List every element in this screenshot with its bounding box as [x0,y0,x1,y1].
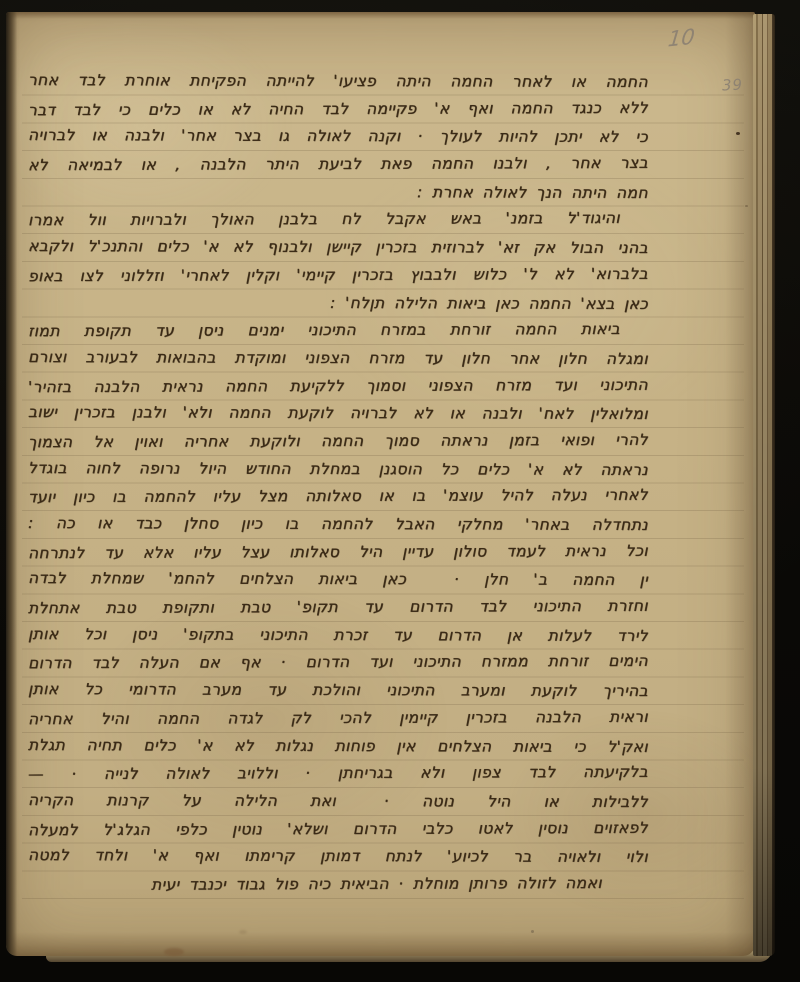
manuscript-line: וכל נראית לעמד סולון עדיין היל סאלותו עצ… [28,537,648,567]
manuscript-text: החמה או לאחר החמה היתה פציעו' להייתה הפק… [28,68,648,899]
manuscript-line: ביאות החמה זורחת במזרח התיכוני ימנים ניס… [28,316,648,346]
manuscript-line: התיכוני ועד מזרח הצפוני וסמוך ללקיעת החמ… [28,371,648,401]
manuscript-line: ואק'ל כי ביאות הצלחים אין פוחות נגלות לא… [28,732,648,762]
manuscript-line: נראתה לא א' כלים כל הוסגנן במחלת החודש ה… [28,455,648,485]
manuscript-line: לפאזוים נוסין לאטו כלבי הדרום ושלא' נוטי… [28,814,648,844]
book-fore-edge [753,14,775,956]
manuscript-line: כי לא יתכן להיות לעולך · וקנה לאולה גו ב… [28,122,648,152]
ink-speck [736,132,740,135]
manuscript-line: בהני הבול אק זא' לברוזית בזכרין קיישן ול… [28,233,648,263]
page-left-edge-shadow [6,12,17,956]
manuscript-line: בהיריך לוקעת ומערב התיכוני והולכת עד מער… [28,676,648,706]
manuscript-line: ומגלה חלון אחר חלון עד מזרח הצפוני ומוקד… [28,344,648,374]
manuscript-line: בצר אחר , ולבנו החמה פאת לביעת היתר הלבנ… [28,150,648,180]
manuscript-line: כאן בצא' החמה כאן ביאות הלילה תןלח' : [28,289,648,319]
manuscript-line: וחזרת התיכוני לבד הדרום עד תקופ' טבת ותק… [28,593,648,623]
photo-frame: 10 39 החמה או לאחר החמה היתה פציעו' להיי… [0,0,800,982]
paper-stain [239,930,247,934]
folio-number: 39 [722,75,744,94]
manuscript-line: החמה או לאחר החמה היתה פציעו' להייתה הפק… [28,67,648,97]
manuscript-line: ין החמה ב' חלן · כאן ביאות הצלחים להחמ' … [28,565,648,595]
ink-speck [531,930,534,933]
manuscript-line: והיגוד'ל בזמנ' באש אקבל לח בלבנן האולך ו… [28,205,648,235]
manuscript-line: להרי ופואי בזמן נראתה סמוך החמה ולוקעת א… [28,427,648,457]
manuscript-line: נתחדלה באחר' מחלקי האבל להחמה בו כיון סח… [28,510,648,540]
manuscript-line: ללא כנגד החמה ואף א' פקיימה לבד החיה לא … [28,94,648,124]
manuscript-line: הימים זורחת ממזרח התיכוני ועד הדרום · אף… [28,648,648,678]
manuscript-line: לאחרי נעלה להיל עוצמ' בו או סאלותה מצל ע… [28,482,648,512]
paper-stain [164,948,184,956]
manuscript-line: וראית הלבנה בזכרין קיימין להכי לק לגדה ה… [28,704,648,734]
manuscript-line: בלברוא' לא ל' כלוש ולבבוץ בזכרין קיימי' … [28,261,648,291]
corner-page-number: 10 [667,24,696,51]
manuscript-line: לירד לעלות אן הדרום עד זכרת התיכוני בתקו… [28,621,648,651]
manuscript-line: ללבילות או היל נוטה · ואת הלילה על קרנות… [28,787,648,817]
manuscript-line: ואמה לזולה פרותן מוחלת · הביאית כיה פול … [28,870,648,900]
ink-speck [745,205,748,207]
manuscript-line: ומלואלין לאח' ולבנה או לא לברויה לוקעת ה… [28,399,648,429]
manuscript-line: ולוי ולאויה בר לכיוע' לנתח דמותן קרימתו … [28,842,648,872]
manuscript-line: חמה היתה הנך לאולה אחרת : [28,178,648,208]
manuscript-line: בלקיעתה לבד צפון ולא בגריחתן · וללויב לא… [28,759,648,789]
